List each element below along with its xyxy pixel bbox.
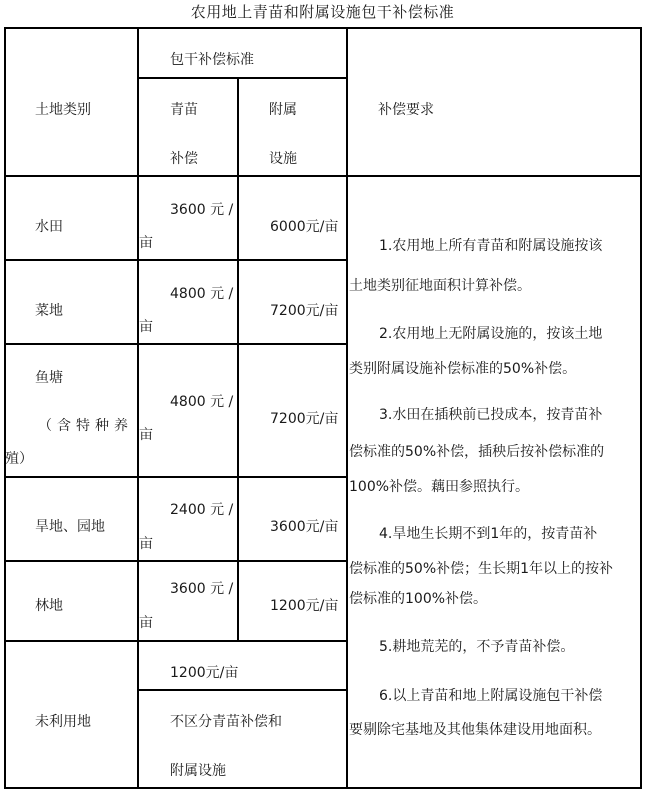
land-type-cell: 未利用地 [35, 713, 91, 731]
requirement-4-line2: 偿标准的50%补偿；生长期1年以上的按补 [349, 560, 639, 578]
header-seedling-line2: 补偿 [170, 150, 198, 168]
header-lump-sum-standard: 包干补偿标准 [170, 51, 254, 69]
land-type-cell-line1: 鱼塘 [35, 369, 63, 387]
col-divider-3 [346, 27, 348, 789]
table-border-top [4, 27, 642, 29]
seedling-cell-part2: 亩 [139, 318, 153, 336]
table-border-left [4, 27, 6, 789]
land-type-cell: 水田 [35, 218, 63, 236]
requirement-3-line1: 3.水田在插秧前已投成本，按青苗补 [379, 406, 645, 424]
land-type-cell-line3: 殖） [5, 450, 33, 468]
row-divider [4, 259, 348, 261]
header-facility-line1: 附属 [269, 101, 297, 119]
seedling-cell-part1: 2400 元 / [170, 501, 233, 519]
document-title: 农用地上青苗和附属设施包干补偿标准 [0, 2, 645, 22]
seedling-cell-part1: 3600 元 / [170, 580, 233, 598]
row-divider [4, 640, 348, 642]
row-divider [4, 476, 348, 478]
land-type-cell: 菜地 [35, 302, 63, 320]
seedling-cell-part2: 亩 [139, 234, 153, 252]
header-seedling-line1: 青苗 [170, 101, 198, 119]
requirement-6-line2: 要剔除宅基地及其他集体建设用地面积。 [349, 721, 639, 739]
requirement-6-line1: 6.以上青苗和地上附属设施包干补偿 [379, 687, 645, 705]
header-facility-line2: 设施 [269, 150, 297, 168]
unused-amount-cell: 1200元/亩 [170, 664, 238, 682]
unused-sub-divider [137, 689, 348, 691]
facility-cell: 7200元/亩 [270, 410, 338, 428]
facility-cell: 1200元/亩 [270, 597, 338, 615]
unused-note-line2: 附属设施 [170, 762, 226, 780]
seedling-cell-part1: 3600 元 / [170, 201, 233, 219]
facility-cell: 6000元/亩 [270, 218, 338, 236]
table-border-bottom [4, 787, 642, 789]
seedling-cell-part1: 4800 元 / [170, 285, 233, 303]
col-divider-1 [137, 27, 139, 789]
header-land-type: 土地类别 [35, 101, 91, 119]
seedling-cell-part2: 亩 [139, 426, 153, 444]
requirement-5-line1: 5.耕地荒芜的，不予青苗补偿。 [379, 638, 645, 656]
header-bottom-divider [4, 175, 642, 177]
requirement-1-line2: 土地类别征地面积计算补偿。 [349, 277, 639, 295]
requirement-2-line1: 2.农用地上无附属设施的，按该土地 [379, 325, 645, 343]
requirement-2-line2: 类别附属设施补偿标准的50%补偿。 [349, 360, 639, 378]
facility-cell: 3600元/亩 [270, 518, 338, 536]
requirement-3-line2: 偿标准的50%补偿，插秧后按补偿标准的 [349, 443, 639, 461]
unused-note-line1: 不区分青苗补偿和 [170, 713, 282, 731]
land-type-cell-line2: （含特种养 [38, 417, 133, 435]
facility-cell: 7200元/亩 [270, 302, 338, 320]
seedling-cell-part1: 4800 元 / [170, 393, 233, 411]
col-divider-2 [237, 77, 239, 642]
requirement-3-line3: 100%补偿。藕田参照执行。 [349, 478, 639, 496]
requirement-1-line1: 1.农用地上所有青苗和附属设施按该 [379, 237, 645, 255]
land-type-cell: 林地 [35, 597, 63, 615]
header-requirements: 补偿要求 [378, 101, 434, 119]
seedling-cell-part2: 亩 [139, 614, 153, 632]
row-divider [4, 343, 348, 345]
seedling-cell-part2: 亩 [139, 535, 153, 553]
requirement-4-line1: 4.旱地生长期不到1年的，按青苗补 [379, 525, 645, 543]
row-divider [4, 560, 348, 562]
requirement-4-line3: 偿标准的100%补偿。 [349, 590, 639, 608]
header-sub-divider [137, 77, 348, 79]
land-type-cell: 旱地、园地 [35, 518, 105, 536]
